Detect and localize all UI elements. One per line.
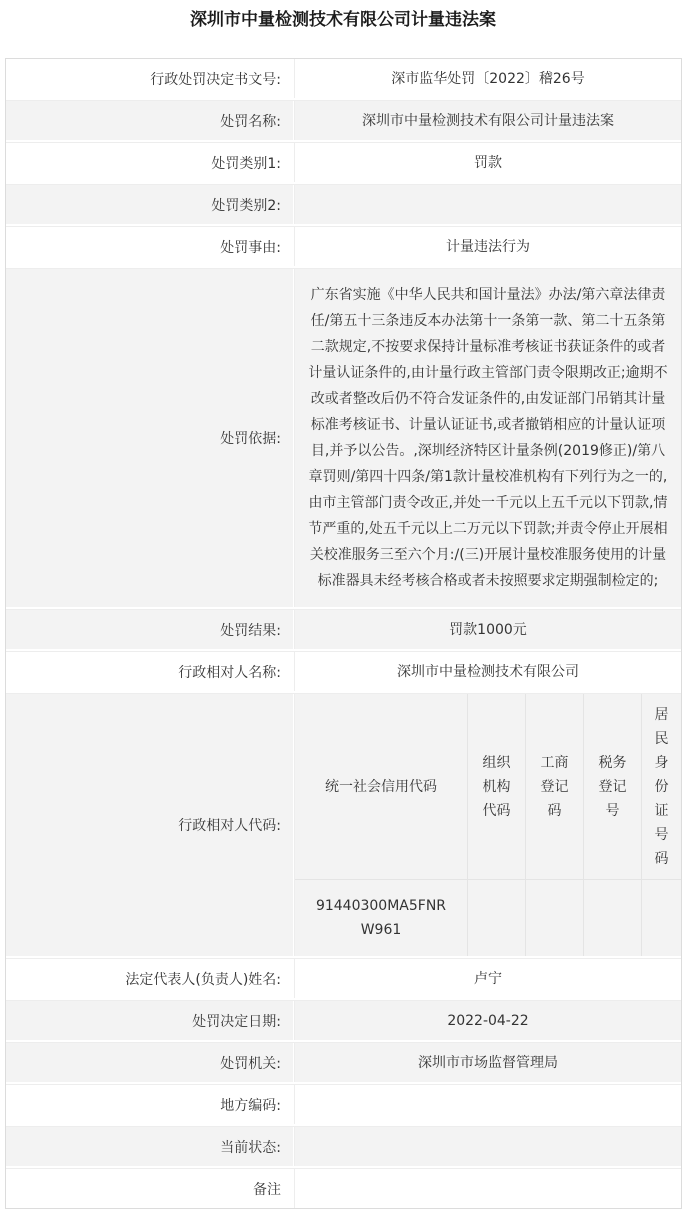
row-label: 处罚类别2: (6, 185, 293, 224)
row-value: 深圳市中量检测技术有限公司计量违法案 (294, 101, 681, 140)
row-value (294, 185, 681, 224)
table-row: 处罚名称:深圳市中量检测技术有限公司计量违法案 (6, 100, 681, 140)
row-label: 处罚名称: (6, 101, 293, 140)
table-row: 处罚依据:广东省实施《中华人民共和国计量法》办法/第六章法律责任/第五十三条违反… (6, 268, 681, 607)
code-column-header: 工商登记码 (525, 694, 583, 880)
table-row: 行政相对人名称:深圳市中量检测技术有限公司 (6, 651, 681, 691)
table-row: 处罚决定日期:2022-04-22 (6, 1000, 681, 1040)
code-value-cell (641, 880, 681, 956)
row-value: 深圳市市场监督管理局 (294, 1043, 681, 1082)
code-column-header: 组织机构代码 (467, 694, 525, 880)
table-row: 处罚结果:罚款1000元 (6, 609, 681, 649)
table-row: 处罚类别2: (6, 184, 681, 224)
penalty-record-table: 行政处罚决定书文号:深市监华处罚〔2022〕稽26号处罚名称:深圳市中量检测技术… (5, 58, 682, 1209)
table-row: 处罚类别1:罚款 (6, 142, 681, 182)
code-value-cell: 91440300MA5FNRW961 (295, 880, 467, 956)
row-label: 行政相对人名称: (6, 652, 293, 691)
row-label: 处罚事由: (6, 227, 293, 266)
code-value-text: 91440300MA5FNRW961 (312, 894, 450, 942)
code-value-cell (583, 880, 641, 956)
code-column-header-text: 税务登记号 (599, 751, 627, 823)
page-title: 深圳市中量检测技术有限公司计量违法案 (0, 0, 686, 31)
code-column-header-text: 统一社会信用代码 (325, 775, 437, 799)
code-column-header-text: 居民身份证号码 (655, 703, 669, 871)
table-row: 备注 (6, 1168, 681, 1208)
table-row: 当前状态: (6, 1126, 681, 1166)
row-value: 2022-04-22 (294, 1001, 681, 1040)
code-column-header: 税务登记号 (583, 694, 641, 880)
row-value: 罚款 (294, 143, 681, 182)
row-value: 计量违法行为 (294, 227, 681, 266)
row-value: 罚款1000元 (294, 610, 681, 649)
row-value: 广东省实施《中华人民共和国计量法》办法/第六章法律责任/第五十三条违反本办法第十… (294, 269, 681, 607)
row-label: 行政处罚决定书文号: (6, 59, 293, 98)
row-label: 处罚类别1: (6, 143, 293, 182)
code-column-header: 统一社会信用代码 (295, 694, 467, 880)
table-row: 行政处罚决定书文号:深市监华处罚〔2022〕稽26号 (6, 59, 681, 98)
row-label: 处罚依据: (6, 269, 293, 607)
code-value-cell (525, 880, 583, 956)
code-table-grid: 统一社会信用代码组织机构代码工商登记码税务登记号居民身份证号码91440300M… (295, 694, 681, 956)
table-row: 行政相对人代码:统一社会信用代码组织机构代码工商登记码税务登记号居民身份证号码9… (6, 693, 681, 956)
table-row: 处罚机关:深圳市市场监督管理局 (6, 1042, 681, 1082)
row-value (294, 1085, 681, 1124)
row-label: 处罚机关: (6, 1043, 293, 1082)
row-label: 备注 (6, 1169, 293, 1208)
code-column-header-text: 组织机构代码 (483, 751, 511, 823)
row-label: 当前状态: (6, 1127, 293, 1166)
row-value (294, 1127, 681, 1166)
table-row: 处罚事由:计量违法行为 (6, 226, 681, 266)
row-label: 处罚结果: (6, 610, 293, 649)
code-table: 统一社会信用代码组织机构代码工商登记码税务登记号居民身份证号码91440300M… (294, 694, 681, 956)
code-value-cell (467, 880, 525, 956)
code-column-header-text: 工商登记码 (541, 751, 569, 823)
row-value (294, 1169, 681, 1208)
row-value: 深圳市中量检测技术有限公司 (294, 652, 681, 691)
row-value: 卢宁 (294, 959, 681, 998)
row-value: 深市监华处罚〔2022〕稽26号 (294, 59, 681, 98)
code-column-header: 居民身份证号码 (641, 694, 681, 880)
row-label: 处罚决定日期: (6, 1001, 293, 1040)
row-label: 地方编码: (6, 1085, 293, 1124)
table-row: 法定代表人(负责人)姓名:卢宁 (6, 958, 681, 998)
row-label: 法定代表人(负责人)姓名: (6, 959, 293, 998)
table-row: 地方编码: (6, 1084, 681, 1124)
row-label: 行政相对人代码: (6, 694, 293, 956)
